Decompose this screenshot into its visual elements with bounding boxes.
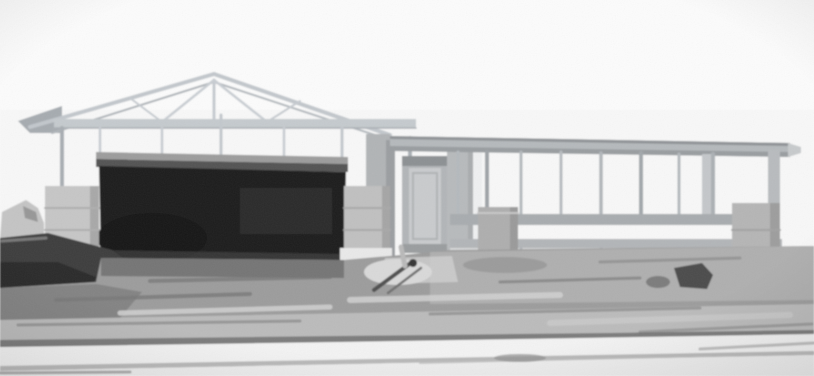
photo-frame <box>0 0 814 376</box>
construction-photo <box>0 0 814 376</box>
vignette-overlay <box>0 0 814 376</box>
